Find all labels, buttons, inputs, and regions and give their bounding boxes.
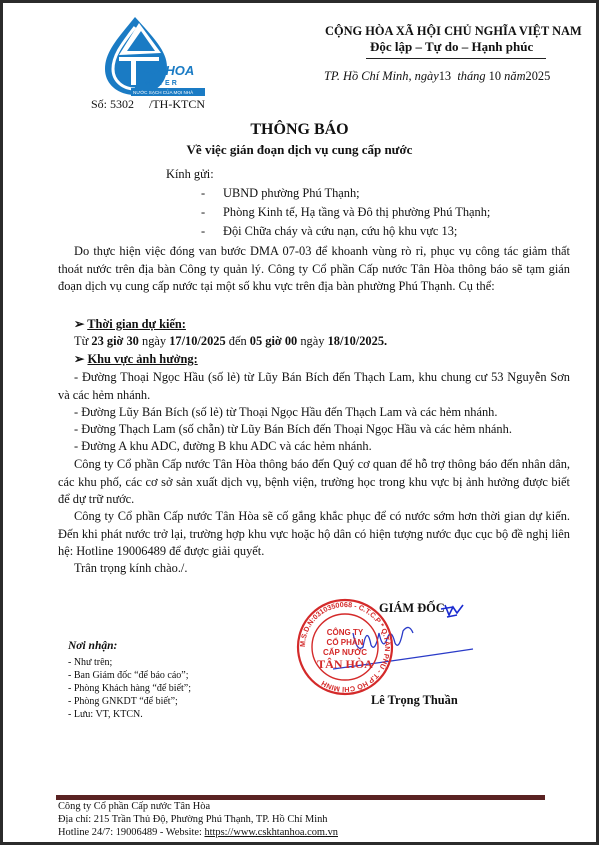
recipient-item: -UBND phường Phú Thạnh; (201, 185, 360, 203)
document-subtitle: Về việc gián đoạn dịch vụ cung cấp nước (3, 142, 596, 158)
remedy-paragraph: Công ty Cổ phần Cấp nước Tân Hòa sẽ cố g… (58, 508, 570, 561)
svg-text:TÂN HÒA: TÂN HÒA (317, 657, 373, 671)
recipient-item: -Phòng Kinh tế, Hạ tầng và Đô thị phường… (201, 204, 490, 222)
distribution-item: - Như trên; (68, 656, 112, 669)
area-item: - Đường A khu ADC, đường B khu ADC và cá… (58, 438, 570, 456)
distribution-item: - Phòng Khách hàng “để biết”; (68, 682, 191, 695)
distribution-item: - Ban Giám đốc “để báo cáo”; (68, 669, 189, 682)
document-title: THÔNG BÁO (3, 121, 596, 139)
area-item: - Đường Thoại Ngọc Hầu (số lẻ) từ Lũy Bá… (58, 369, 570, 404)
intro-paragraph: Do thực hiện việc đóng van bước DMA 07-0… (58, 243, 570, 296)
footer-address: Địa chỉ: 215 Trần Thủ Độ, Phường Phú Thạ… (58, 814, 327, 825)
tanhoa-water-logo: AN HOA WATER NƯỚC SẠCH CỦA MỌI NHÀ (99, 15, 207, 97)
national-title: CỘNG HÒA XÃ HỘI CHỦ NGHĨA VIỆT NAM (325, 24, 582, 39)
distribution-heading: Nơi nhận: (68, 640, 117, 652)
company-seal-stamp: M.S.D.N:0310350068 - C.T.C.P * Q.TÂN PHÚ… (295, 597, 395, 697)
area-heading: ➢ Khu vực ảnh hưởng: (74, 351, 198, 367)
time-range: Từ 23 giờ 30 ngày 17/10/2025 đến 05 giờ … (74, 334, 387, 349)
greeting: Kính gửi: (166, 166, 214, 184)
svg-text:WATER: WATER (144, 80, 179, 87)
footer-company: Công ty Cổ phần Cấp nước Tân Hòa (58, 801, 210, 812)
svg-text:AN HOA: AN HOA (142, 63, 194, 78)
notice-paragraph: Công ty Cổ phần Cấp nước Tân Hòa thông b… (58, 456, 570, 509)
signatory-name: Lê Trọng Thuần (371, 693, 458, 708)
distribution-item: - Lưu: VT, KTCN. (68, 708, 143, 721)
svg-text:CẤP NƯỚC: CẤP NƯỚC (323, 647, 367, 657)
time-heading: ➢ Thời gian dự kiến: (74, 316, 186, 332)
footer-contact: Hotline 24/7: 19006489 - Website: https:… (58, 827, 338, 838)
document-number: Số: 5302 /TH-KTCN (91, 97, 205, 112)
distribution-item: - Phòng GNKDT “để biết”; (68, 695, 178, 708)
svg-text:CỔ PHẦN: CỔ PHẦN (327, 637, 364, 647)
footer-rule (56, 795, 545, 800)
motto-underline (366, 58, 546, 59)
recipient-item: -Đội Chữa cháy và cứu nạn, cứu hộ khu vự… (201, 223, 457, 241)
closing-line: Trân trọng kính chào./. (58, 560, 570, 578)
website-link[interactable]: https://www.cskhtanhoa.com.vn (204, 827, 338, 838)
issue-date: TP. Hồ Chí Minh, ngày13 tháng 10 năm2025 (324, 69, 550, 84)
area-item: - Đường Lũy Bán Bích (số lẻ) từ Thoại Ng… (58, 404, 570, 422)
national-motto: Độc lập – Tự do – Hạnh phúc (370, 39, 533, 55)
area-item: - Đường Thạch Lam (số chẵn) từ Lũy Bán B… (58, 421, 570, 439)
svg-text:CÔNG TY: CÔNG TY (327, 628, 364, 637)
svg-text:NƯỚC SẠCH CỦA MỌI NHÀ: NƯỚC SẠCH CỦA MỌI NHÀ (133, 89, 194, 95)
document-page: AN HOA WATER NƯỚC SẠCH CỦA MỌI NHÀ Số: 5… (3, 3, 596, 842)
